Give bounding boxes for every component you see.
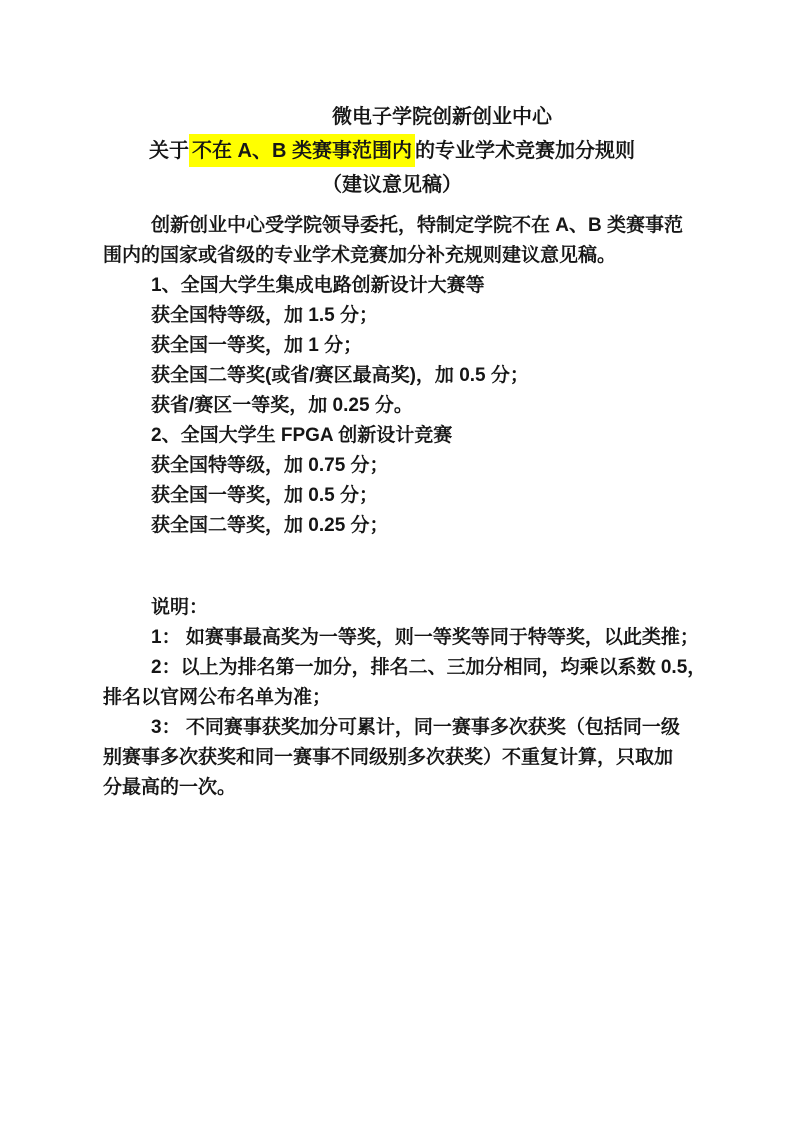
subtitle-suffix: 的专业学术竞赛加分规则 [415, 140, 635, 162]
note-1: 1： 如赛事最高奖为一等奖，则一等奖等同于特等奖，以此类推； [103, 623, 681, 653]
doc-title: 微电子学院创新创业中心 [103, 100, 681, 134]
section2-item-1: 获全国特等级，加 0.75 分； [103, 451, 681, 481]
section2-heading: 2、全国大学生 FPGA 创新设计竞赛 [103, 421, 681, 451]
doc-body: 创新创业中心受学院领导委托，特制定学院不在 A、B 类赛事范 围内的国家或省级的… [103, 211, 681, 803]
subtitle-prefix: 关于 [149, 140, 189, 162]
note-3-line-1: 3： 不同赛事获奖加分可累计，同一赛事多次获奖（包括同一级 [103, 713, 681, 743]
note-2-line-1: 2：以上为排名第一加分，排名二、三加分相同，均乘以系数 0.5， [103, 653, 681, 683]
subtitle-highlighted-text: 不在 A、B 类赛事范围内 [189, 134, 415, 167]
section1-item-1: 获全国特等级，加 1.5 分； [103, 301, 681, 331]
section2-item-3: 获全国二等奖，加 0.25 分； [103, 511, 681, 541]
section1-item-4: 获省/赛区一等奖，加 0.25 分。 [103, 391, 681, 421]
document-page: 微电子学院创新创业中心 关于不在 A、B 类赛事范围内的专业学术竞赛加分规则 （… [103, 100, 681, 803]
section1-item-3: 获全国二等奖(或省/赛区最高奖)，加 0.5 分； [103, 361, 681, 391]
intro-line-1: 创新创业中心受学院领导委托，特制定学院不在 A、B 类赛事范 [103, 211, 681, 241]
doc-subtitle: 关于不在 A、B 类赛事范围内的专业学术竞赛加分规则 [103, 134, 681, 168]
note-3-line-3: 分最高的一次。 [103, 773, 681, 803]
section1-heading: 1、全国大学生集成电路创新设计大赛等 [103, 271, 681, 301]
note-2-line-2: 排名以官网公布名单为准； [103, 683, 681, 713]
section1-item-2: 获全国一等奖，加 1 分； [103, 331, 681, 361]
notes-heading: 说明： [103, 593, 681, 623]
intro-line-2: 围内的国家或省级的专业学术竞赛加分补充规则建议意见稿。 [103, 241, 681, 271]
section2-item-2: 获全国一等奖，加 0.5 分； [103, 481, 681, 511]
note-3-line-2: 别赛事多次获奖和同一赛事不同级别多次获奖）不重复计算，只取加 [103, 743, 681, 773]
doc-draft-label: （建议意见稿） [103, 168, 681, 202]
